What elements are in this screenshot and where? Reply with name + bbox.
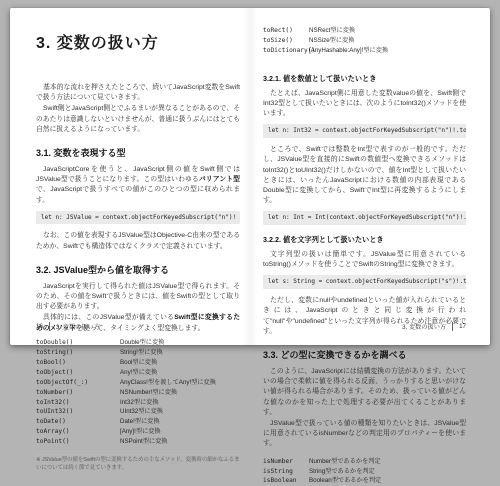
bold-term-variant-type: バリアント型 [199, 176, 240, 183]
page-number: 16 [36, 323, 43, 330]
conversion-methods-table: toDouble()Double型に変換 toString()String!型に… [36, 338, 240, 353]
page-number: 17 [459, 323, 466, 330]
table-row: toSize()NSSize型に変換 [263, 36, 466, 46]
footer-separator [49, 322, 50, 331]
method-description: NSRect型に変換 [309, 27, 355, 35]
table-row: toDouble()Double型に変換 [36, 338, 240, 348]
table-row: toRect()NSRect型に変換 [263, 26, 466, 36]
chapter-title: 3. 変数の扱い方 [36, 30, 240, 53]
section-3-2-2-paragraph-1: 文字列型の扱いは簡単です。JSValue型に用意されているtoString()メ… [263, 250, 466, 270]
footer-separator [452, 322, 453, 331]
section-3-2-1-paragraph-2: ところで、Swiftでは整数をInt型で表すのが一般的です。ただし、JSValu… [263, 145, 466, 206]
table-row: toString()String!型に変換 [36, 348, 240, 353]
method-name: toDouble() [36, 339, 120, 347]
section-3-1-paragraph-1: JavaScriptCoreを使うと、JavaScript側の値をSwift側で… [36, 165, 240, 206]
section-3-2-1-paragraph-1: たとえば、JavaScript側に用意した変数valueの値を、Swift側でI… [263, 89, 466, 120]
section-3-1-paragraph-2: なお、この値を表現するJSValue型はObjective-C由来の型であるため… [36, 231, 240, 251]
page-footer-right: 3. 変数の扱い方 17 [402, 322, 466, 331]
intro-paragraph-2: Swift側とJavaScript側とでふるまいが異なることがあるので、そのあた… [36, 104, 240, 135]
page-footer-left: 16 3. 変数の扱い方 [36, 322, 100, 331]
section-3-2-1-heading: 3.2.1. 値を数値として扱いたいとき [263, 74, 466, 84]
paragraph-text: で、JavaScriptで扱うすべての値がこのひとつの型に収められます。 [36, 186, 240, 203]
book-spread: 3. 変数の扱い方 基本的な流れを押さえたところで、続いてJavaScript変… [10, 8, 490, 345]
table-row: toDictionary()[AnyHashable:Any]!型に変換 [263, 46, 466, 56]
code-block-tostring: let s: String = context.objectForKeyedSu… [263, 275, 466, 289]
paragraph-text: 具体的には、このJSValue型が備えている [43, 314, 174, 321]
page-right: toRect()NSRect型に変換 toSize()NSSize型に変換 to… [250, 8, 490, 345]
method-description: [AnyHashable:Any]!型に変換 [309, 47, 388, 55]
running-chapter-title: 3. 変数の扱い方 [56, 322, 100, 331]
page-left: 3. 変数の扱い方 基本的な流れを押さえたところで、続いてJavaScript変… [10, 8, 250, 345]
code-block-toint32: let n: Int32 = context.objectForKeyedSub… [263, 124, 466, 138]
method-description: Double型に変換 [120, 339, 164, 347]
method-name: toString() [36, 349, 120, 353]
method-description: NSSize型に変換 [309, 37, 354, 45]
code-block-todouble: let n: Int = Int(context.objectForKeyedS… [263, 211, 466, 225]
section-3-2-2-heading: 3.2.2. 値を文字列として扱いたいとき [263, 235, 466, 245]
section-3-1-heading: 3.1. 変数を表現する型 [36, 146, 240, 159]
code-block-jsvalue-subscript: let n: JSValue = context.objectForKeyedS… [36, 211, 240, 225]
method-name: toRect() [263, 27, 309, 35]
running-chapter-title: 3. 変数の扱い方 [402, 322, 446, 331]
intro-paragraph-1: 基本的な流れを押さえたところで、続いてJavaScript変数をSwiftで扱う… [36, 83, 240, 103]
section-3-2-heading: 3.2. JSValue型から値を取得する [36, 263, 240, 276]
conversion-methods-table-continued: toRect()NSRect型に変換 toSize()NSSize型に変換 to… [263, 26, 466, 56]
method-description: String!型に変換 [120, 349, 163, 353]
section-3-3-heading: 3.3. どの型に変換できるかを調べる [263, 348, 466, 353]
method-name: toSize() [263, 37, 309, 45]
section-3-2-paragraph-1: JavaScriptを実行して得られた値はJSValue型で得られます。そのため… [36, 282, 240, 313]
method-name: toDictionary() [263, 47, 309, 55]
